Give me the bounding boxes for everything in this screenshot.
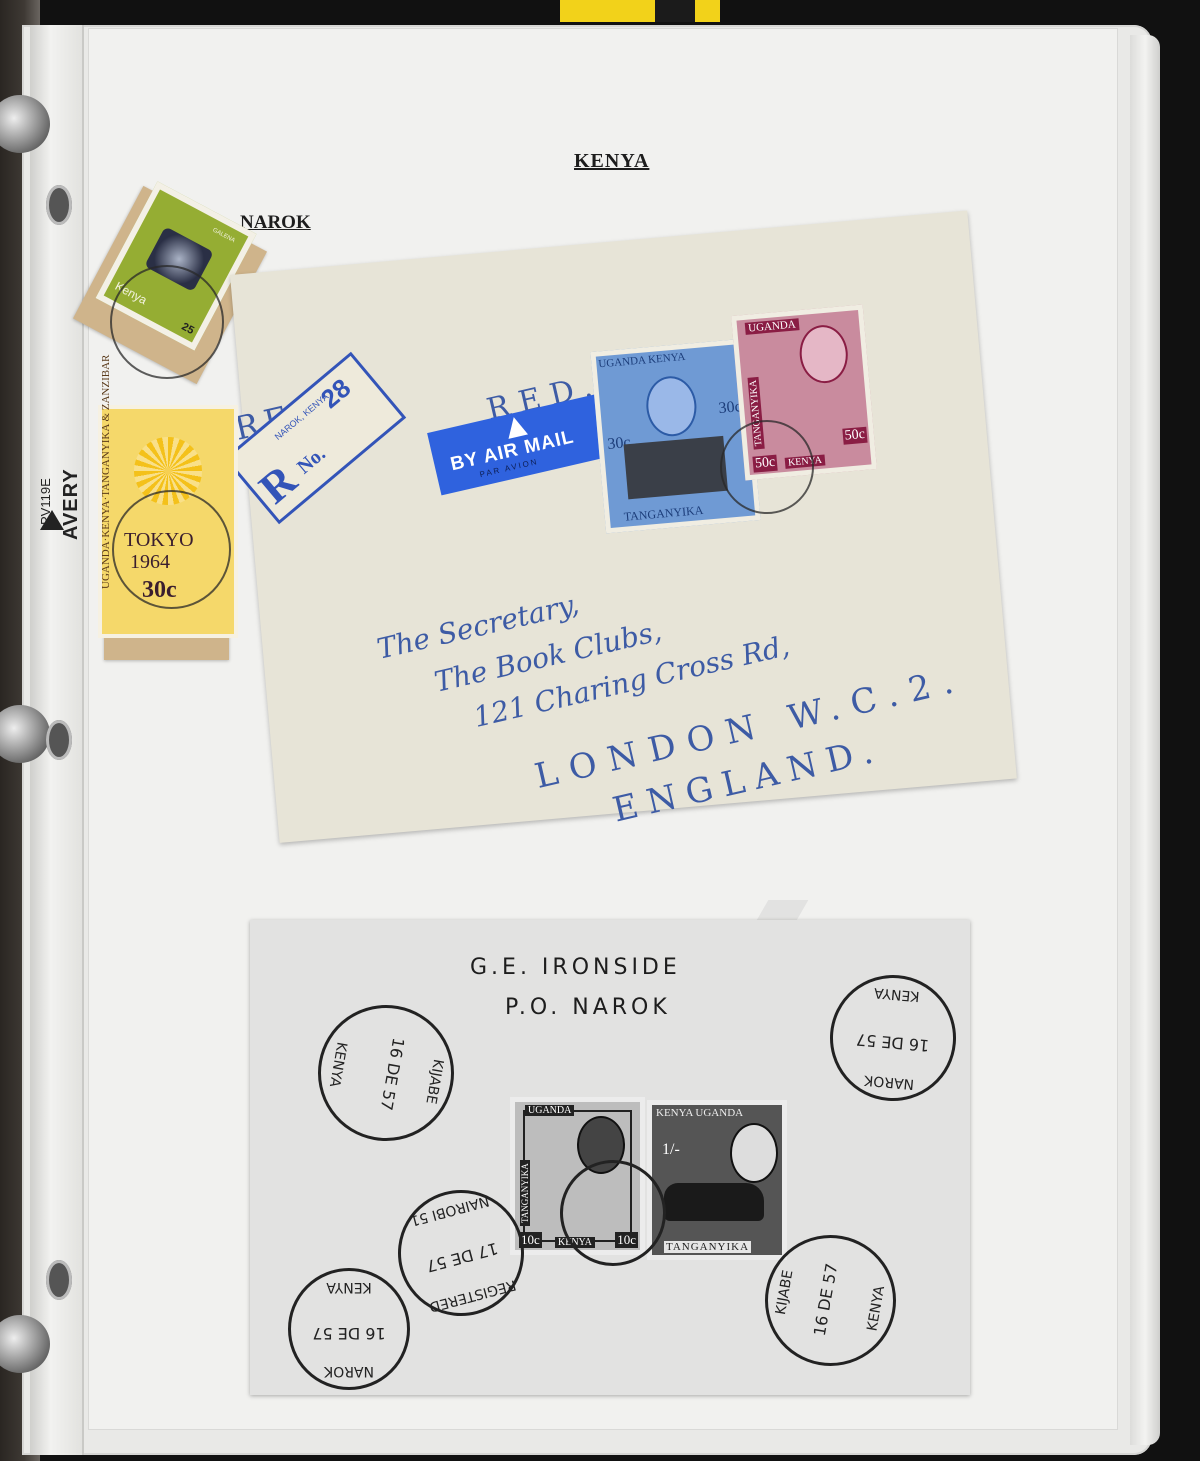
stamp-inscription: UGANDA xyxy=(745,318,800,335)
sender-line: P.O. NAROK xyxy=(505,995,671,1020)
sleeve-label: PV119E AVERY xyxy=(28,420,78,550)
punch-hole xyxy=(46,720,72,760)
stamp-value: 50c xyxy=(842,427,868,445)
page-stack-edge xyxy=(1130,35,1160,1445)
postmark-narok xyxy=(112,490,231,609)
stamp-inscription: TANGANYIKA xyxy=(664,1241,751,1253)
lion-icon xyxy=(664,1183,764,1221)
stamp-inscription: TANGANYIKA xyxy=(520,1160,530,1226)
stamp-inscription: UGANDA xyxy=(525,1105,574,1116)
punch-hole xyxy=(46,185,72,225)
stamp-inscription: UGANDA KENYA xyxy=(598,351,686,371)
sender-line: G.E. IRONSIDE xyxy=(470,955,681,980)
postmark xyxy=(110,265,224,379)
stamp-inscription: UGANDA·KENYA·TANGANYIKA & ZANZIBAR xyxy=(100,355,112,589)
postmark-narok: NAROK 16 DE 57 KENYA xyxy=(825,970,962,1107)
queen-portrait-icon xyxy=(644,374,699,438)
punch-hole xyxy=(46,1260,72,1300)
page-title: KENYA xyxy=(574,150,649,173)
stamp-value: 1/- xyxy=(662,1141,680,1159)
dam-scene-icon xyxy=(624,436,728,500)
registration-number-label: No. xyxy=(293,443,330,480)
stamp-subject: GALENA xyxy=(211,227,235,244)
stamp-inscription: TANGANYIKA xyxy=(623,503,704,525)
queen-portrait-icon xyxy=(797,323,850,385)
postmark xyxy=(720,420,814,514)
index-tab[interactable] xyxy=(560,0,720,22)
postmark-narok: NAROK 16 DE 57 KENYA xyxy=(288,1268,410,1390)
registration-number: 28 xyxy=(315,373,357,415)
stamp-inscription: KENYA UGANDA xyxy=(656,1107,743,1119)
queen-portrait-icon xyxy=(730,1123,778,1183)
avery-logo-icon xyxy=(40,510,64,530)
wing-icon xyxy=(504,415,528,439)
stamp-1-shilling[interactable]: KENYA UGANDA 1/- TANGANYIKA xyxy=(647,1100,787,1260)
